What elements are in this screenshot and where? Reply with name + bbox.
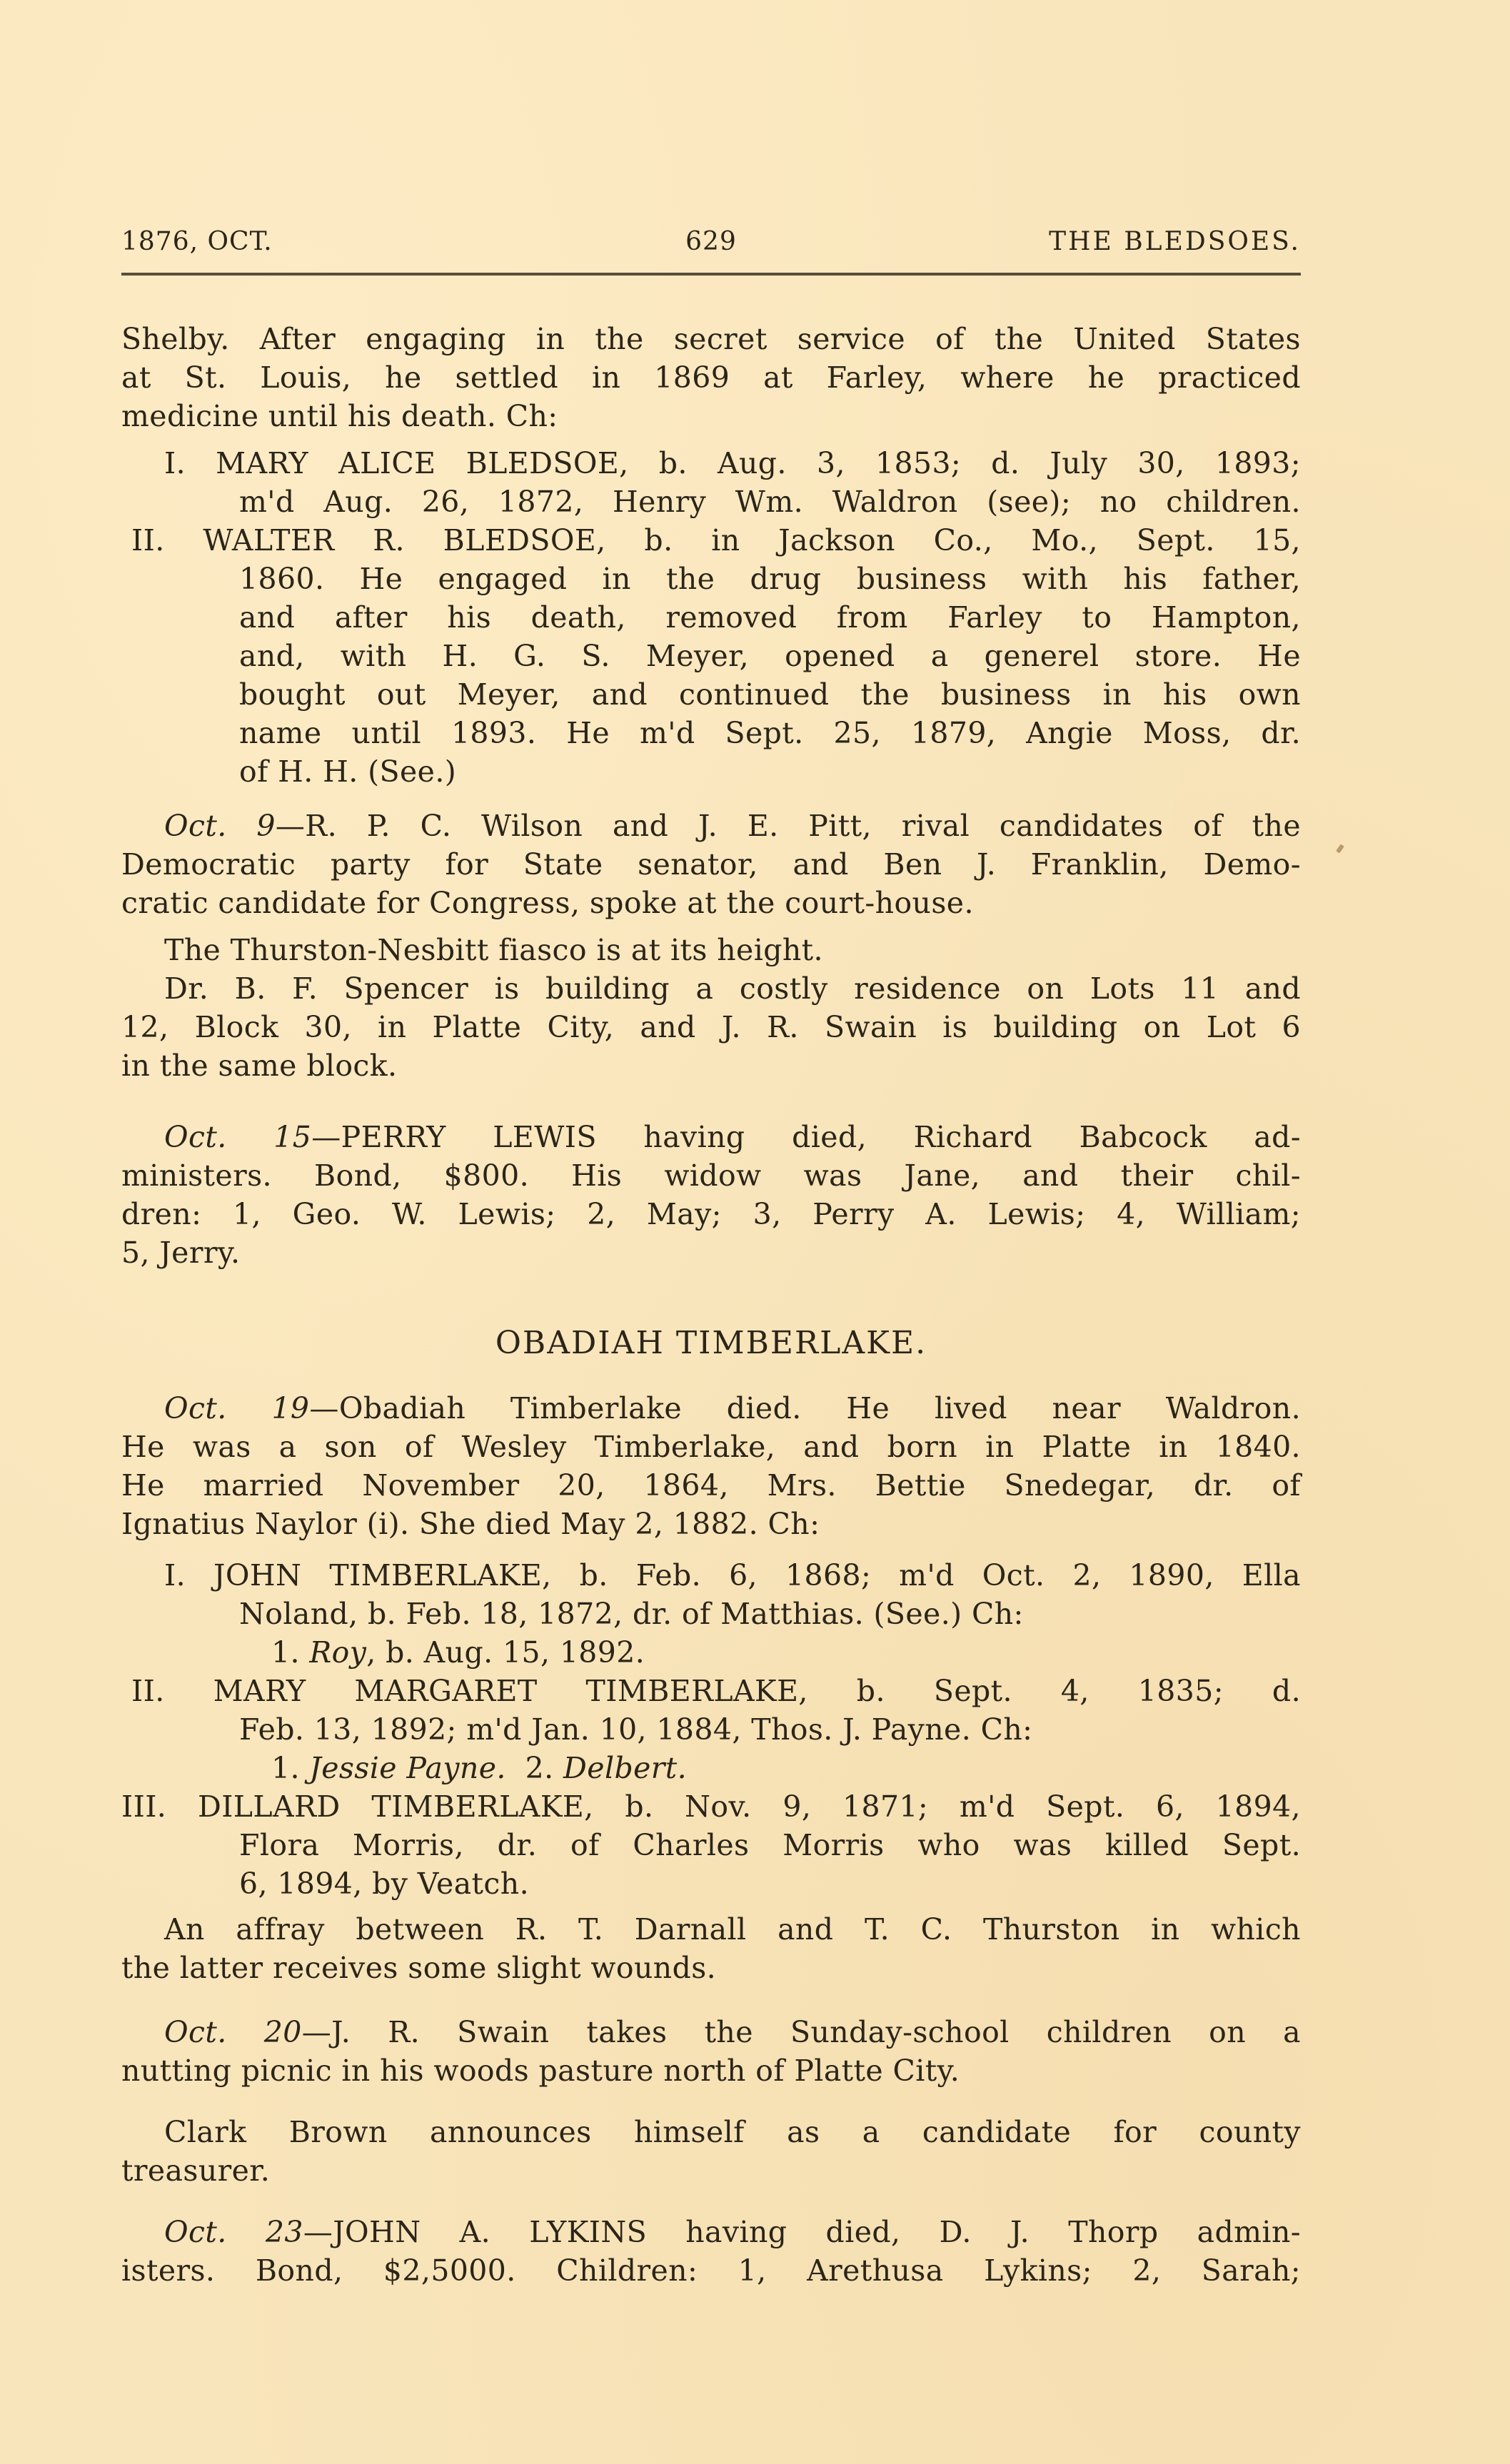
child-entry-line: of H. H. (See.) (239, 752, 456, 791)
grandchild-entry-line: 1. Roy, b. Aug. 15, 1892. (271, 1633, 645, 1672)
dated-entry-line: Oct. 20—J. R. Swain takes the Sunday-sch… (164, 2013, 1301, 2051)
dated-entry-line: Oct. 19—Obadiah Timberlake died. He live… (164, 1389, 1301, 1428)
text-line: Ignatius Naylor (i). She died May 2, 188… (121, 1505, 820, 1543)
grandchild-name: Roy (309, 1635, 366, 1670)
text-line: 5, Jerry. (121, 1233, 240, 1272)
text-line: medicine until his death. Ch: (121, 397, 558, 435)
child-entry-line: 1860. He engaged in the drug business wi… (239, 560, 1301, 598)
child-entry-line: II. MARY MARGARET TIMBERLAKE, b. Sept. 4… (131, 1672, 1301, 1710)
child-entry-line: Noland, b. Feb. 18, 1872, dr. of Matthia… (239, 1595, 1024, 1633)
text-line: treasurer. (121, 2151, 270, 2190)
entry-date: Oct. 23 (164, 2215, 303, 2249)
child-entry-line: m'd Aug. 26, 1872, Henry Wm. Waldron (se… (239, 483, 1301, 521)
running-head-title: THE BLEDSOES. (1049, 227, 1301, 256)
dated-entry-line: Oct. 9—R. P. C. Wilson and J. E. Pitt, r… (164, 807, 1301, 845)
child-entry-line: name until 1893. He m'd Sept. 25, 1879, … (239, 714, 1301, 752)
text-line: the latter receives some slight wounds. (121, 1949, 716, 1987)
text-line: Clark Brown announces himself as a candi… (164, 2113, 1301, 2151)
text-line: at St. Louis, he settled in 1869 at Farl… (121, 358, 1301, 397)
text-line: cratic candidate for Congress, spoke at … (121, 884, 974, 922)
text-line: Dr. B. F. Spencer is building a costly r… (164, 969, 1301, 1008)
dated-entry-line: Oct. 23—JOHN A. LYKINS having died, D. J… (164, 2213, 1301, 2251)
child-entry-line: III. DILLARD TIMBERLAKE, b. Nov. 9, 1871… (121, 1787, 1301, 1826)
text-line: dren: 1, Geo. W. Lewis; 2, May; 3, Perry… (121, 1195, 1301, 1233)
child-entry-line: and after his death, removed from Farley… (239, 598, 1301, 637)
grandchild-entry-line: 1. Jessie Payne. 2. Delbert. (271, 1749, 687, 1787)
text-line: He was a son of Wesley Timberlake, and b… (121, 1428, 1301, 1466)
entry-date: Oct. 20 (164, 2015, 302, 2049)
child-entry-line: 6, 1894, by Veatch. (239, 1864, 529, 1903)
text-line: Democratic party for State senator, and … (121, 845, 1301, 884)
text-line: 12, Block 30, in Platte City, and J. R. … (121, 1008, 1301, 1046)
text-line: ministers. Bond, $800. His widow was Jan… (121, 1156, 1301, 1195)
child-entry-line: II. WALTER R. BLEDSOE, b. in Jackson Co.… (131, 521, 1301, 560)
child-entry-line: and, with H. G. S. Meyer, opened a gener… (239, 637, 1301, 675)
grandchild-name: Delbert. (563, 1751, 687, 1785)
section-heading: OBADIAH TIMBERLAKE. (121, 1322, 1301, 1365)
text-line: in the same block. (121, 1046, 397, 1085)
grandchild-name: Jessie Payne. (309, 1751, 505, 1785)
scan-blemish (1336, 844, 1344, 853)
entry-date: Oct. 19 (164, 1391, 309, 1425)
text-line: An affray between R. T. Darnall and T. C… (164, 1910, 1301, 1949)
text-line: nutting picnic in his woods pasture nort… (121, 2051, 960, 2090)
dated-entry-line: Oct. 15—PERRY LEWIS having died, Richard… (164, 1118, 1301, 1156)
text-line: Shelby. After engaging in the secret ser… (121, 320, 1301, 358)
text-line: He married November 20, 1864, Mrs. Betti… (121, 1466, 1301, 1505)
text-line: isters. Bond, $2,5000. Children: 1, Aret… (121, 2251, 1301, 2290)
text-line: The Thurston-Nesbitt fiasco is at its he… (164, 931, 823, 969)
book-page: 1876, OCT. 629 THE BLEDSOES. Shelby. Aft… (121, 0, 1301, 2464)
header-rule (121, 273, 1301, 276)
child-entry-line: Flora Morris, dr. of Charles Morris who … (239, 1826, 1301, 1864)
running-head: 1876, OCT. 629 THE BLEDSOES. (121, 227, 1301, 264)
child-entry-line: Feb. 13, 1892; m'd Jan. 10, 1884, Thos. … (239, 1710, 1032, 1749)
child-entry-line: bought out Meyer, and continued the busi… (239, 675, 1301, 714)
child-entry-line: I. JOHN TIMBERLAKE, b. Feb. 6, 1868; m'd… (164, 1556, 1301, 1595)
child-entry-line: I. MARY ALICE BLEDSOE, b. Aug. 3, 1853; … (164, 444, 1301, 483)
entry-date: Oct. 9 (164, 809, 276, 843)
entry-date: Oct. 15 (164, 1120, 311, 1154)
